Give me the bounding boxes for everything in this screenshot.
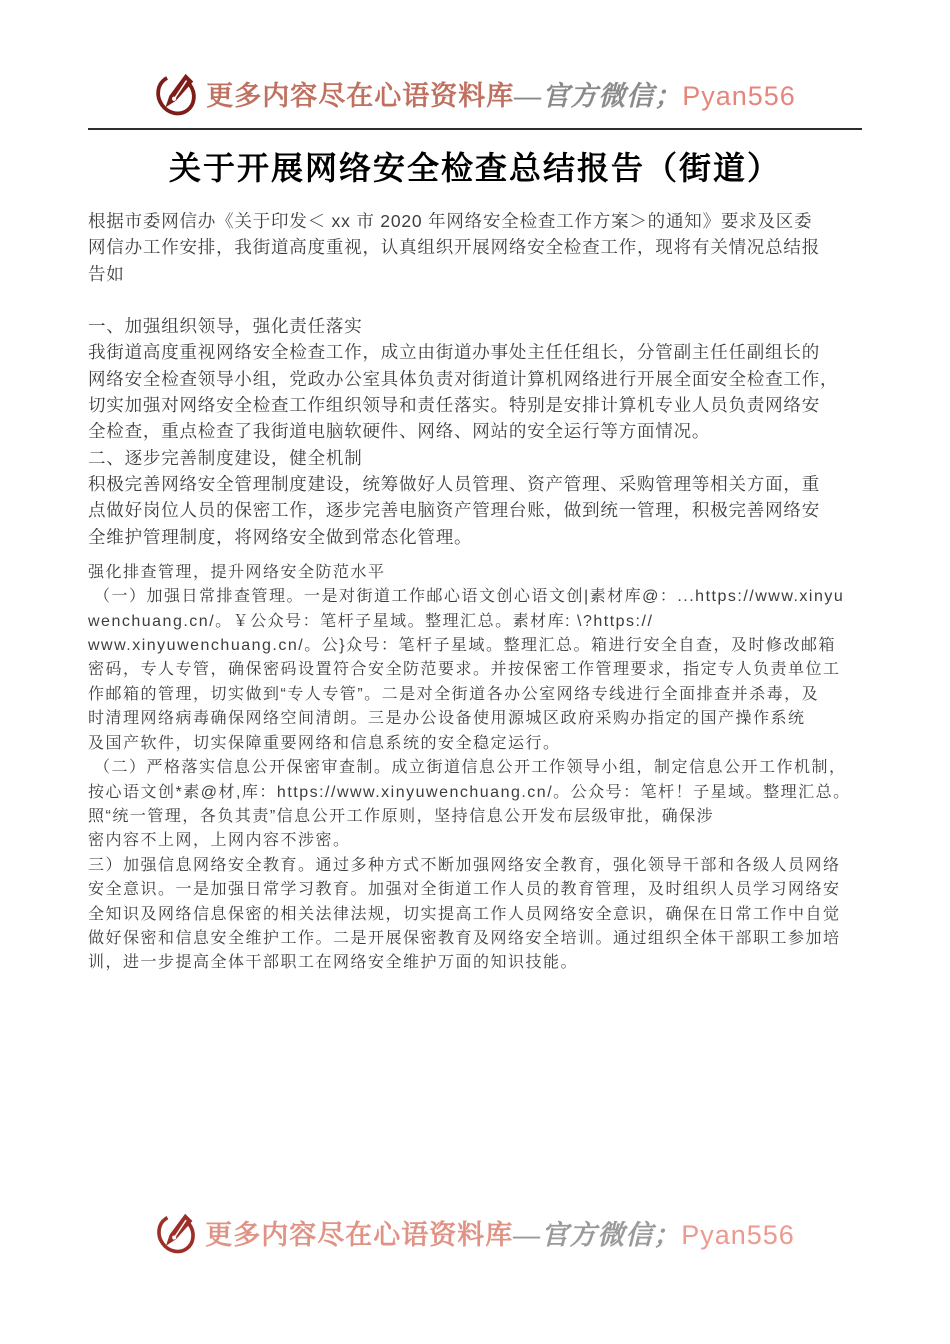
footer-banner: 更多内容尽在心语资料库—官方微信；Pyan556 bbox=[0, 1208, 950, 1256]
header-banner-dash: — bbox=[514, 81, 542, 111]
header-banner-wechat-text: 官方微信； bbox=[542, 81, 682, 111]
header-banner-main-text: 更多内容尽在心语资料库 bbox=[206, 81, 514, 111]
xinyu-pen-logo-icon bbox=[155, 1208, 197, 1256]
footer-banner-text: 更多内容尽在心语资料库—官方微信；Pyan556 bbox=[205, 1213, 795, 1252]
page-title: 关于开展网络安全检查总结报告（街道） bbox=[0, 146, 950, 190]
header-banner-account: Pyan556 bbox=[682, 81, 796, 111]
footer-banner-wechat-text: 官方微信； bbox=[541, 1220, 681, 1250]
footer-banner-account: Pyan556 bbox=[681, 1220, 795, 1250]
header-banner-text: 更多内容尽在心语资料库—官方微信；Pyan556 bbox=[206, 74, 796, 113]
document-body: 根据市委网信办《关于印发＜ xx 市 2020 年网络安全检查工作方案＞的通知》… bbox=[88, 208, 862, 976]
xinyu-pen-logo-icon bbox=[154, 68, 198, 118]
footer-banner-dash: — bbox=[513, 1220, 541, 1250]
report-intro-and-sections-1-2: 根据市委网信办《关于印发＜ xx 市 2020 年网络安全检查工作方案＞的通知》… bbox=[88, 208, 862, 550]
header-banner: 更多内容尽在心语资料库—官方微信；Pyan556 bbox=[0, 0, 950, 118]
header-divider-line bbox=[88, 128, 862, 130]
footer-banner-main-text: 更多内容尽在心语资料库 bbox=[205, 1220, 513, 1250]
report-section-3-detail: 强化排查管理，提升网络安全防范水平 （一）加强日常排查管理。一是对街道工作邮心语… bbox=[88, 561, 862, 976]
document-page: 更多内容尽在心语资料库—官方微信；Pyan556 关于开展网络安全检查总结报告（… bbox=[0, 0, 950, 1344]
